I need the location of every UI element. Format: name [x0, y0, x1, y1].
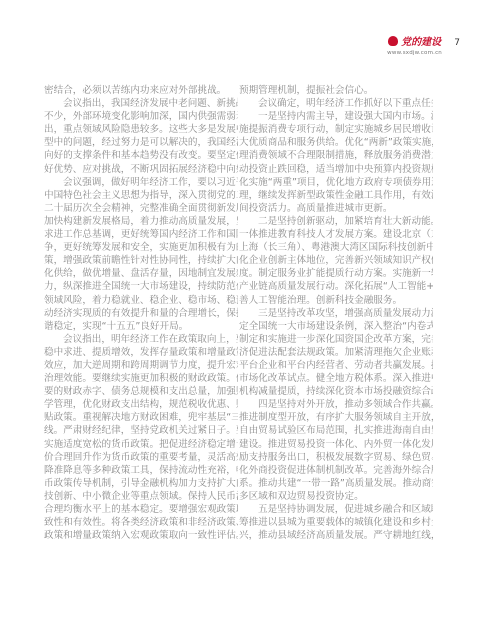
text-line: 兴，推动县域经济高质量发展。严守耕地红线，毫不	[239, 529, 433, 542]
text-line: 建设。推进贸易投资一体化、内外贸一体化发展。鼓	[239, 438, 433, 451]
text-line: 领域风险，着力稳就业、稳企业、稳市场、稳预期，推	[44, 294, 238, 307]
text-line: 动经济实现质的有效提升和量的合理增长，保持社会和	[44, 307, 238, 320]
right-text-column: 预期管理机制，提振社会信心。会议确定，明年经济工作抓好以下重点任务。一是坚持内需…	[239, 84, 433, 542]
text-line: 机构减量提质，持续深化资本市场投融资综合改革。	[239, 385, 433, 398]
text-line: 间投资活力。高质量推进城市更新。	[239, 202, 433, 215]
text-line: 系。推动共建“一带一路”高质量发展。推动商签更	[239, 477, 433, 490]
text-line: 不少，外部环境变化影响加深，国内供强需弱矛盾突	[44, 110, 238, 123]
logo-url: www.sxdjw.com.cn	[387, 50, 442, 56]
text-line: 向好的支撑条件和基本趋势没有改变。要坚定信心、用	[44, 149, 238, 162]
text-line: 要的财政赤字、债务总规模和支出总量，加强财政科	[44, 385, 238, 398]
text-line: 三是坚持改革攻坚，增强高质量发展动力活力。制	[239, 307, 433, 320]
text-line: 效应，加大逆周期和跨周期调节力度，提升宏观经济	[44, 359, 238, 372]
text-line: 动投资止跌回稳，适当增加中央预算内投资规模，优	[239, 163, 433, 176]
text-line: 多区域和双边贸易投资协定。	[239, 490, 433, 503]
text-line: 制定和实施进一步深化国资国企改革方案，完善民营经	[239, 333, 433, 346]
text-line: 一体推进教育科技人才发展方案。建设北京（京津冀）、	[239, 228, 433, 241]
text-line: 治理效能。要继续实施更加积极的财政政策。保持必	[44, 372, 238, 385]
text-line: 线。严肃财经纪律，坚持党政机关过紧日子。要继续	[44, 424, 238, 437]
text-line: 币政策传导机制，引导金融机构加力支持扩大内需、科	[44, 477, 238, 490]
text-line: 五是坚持协调发展，促进城乡融合和区域联动。统	[239, 503, 433, 516]
text-line: 定全国统一大市场建设条例，深入整治“内卷式”竞争。	[239, 320, 433, 333]
text-line: 争，更好统筹发展和安全，实施更加积极有为的宏观政	[44, 241, 238, 254]
text-line: 求进工作总基调，更好统筹国内经济工作和国际经贸斗	[44, 228, 238, 241]
text-line: 型中的问题，经过努力是可以解决的，我国经济长期	[44, 136, 238, 149]
text-line: 会议强调，做好明年经济工作，要以习近平新时代	[44, 176, 238, 189]
text-line: 技创新、中小微企业等重点领域。保持人民币汇率在	[44, 490, 238, 503]
text-line: 加快构建新发展格局，着力推动高质量发展，坚持稳中	[44, 215, 238, 228]
text-line: 会议确定，明年经济工作抓好以下重点任务。	[239, 97, 433, 110]
text-line: 理，继续发挥新型政策性金融工具作用，有效激发民	[239, 189, 433, 202]
text-line: 产业链高质量发展行动。深化拓展“人工智能+”，完	[239, 280, 433, 293]
text-line: 一是坚持内需主导，建设强大国内市场。深入实	[239, 110, 433, 123]
text-line: 化供给，做优增量、盘活存量，因地制宜发展新质生产	[44, 267, 238, 280]
text-line: 实施适度宽松的货币政策。把促进经济稳定增长、物	[44, 438, 238, 451]
text-line: 四是坚持对外开放，推动多领域合作共赢。稳步	[239, 398, 433, 411]
text-line: 大优质商品和服务供给。优化“两新”政策实施，清	[239, 136, 433, 149]
text-line: 中国特色社会主义思想为指导，深入贯彻党的二十大和	[44, 189, 238, 202]
text-line: 价合理回升作为货币政策的重要考量，灵活高效运用	[44, 451, 238, 464]
text-line: 上海（长三角）、粤港澳大湾区国际科技创新中心。强	[239, 241, 433, 254]
logo-title: 党的建设	[401, 37, 441, 48]
text-line: 降准降息等多种政策工具，保持流动性充裕，畅通货	[44, 464, 238, 477]
left-text-column: 密结合，必须以苦练内功来应对外部挑战。会议指出，我国经济发展中老问题、新挑战仍然…	[44, 84, 238, 542]
text-line: 学管理，优化财政支出结构，规范税收优惠、财政补	[44, 398, 238, 411]
text-line: 二是坚持创新驱动，加紧培育壮大新动能。制定	[239, 215, 433, 228]
text-line: 会议指出，明年经济工作在政策取向上，要坚持	[44, 333, 238, 346]
text-line: 推进制度型开放，有序扩大服务领域自主开放，优化	[239, 411, 433, 424]
text-line: 化实施“两重”项目，优化地方政府专项债券用途管	[239, 176, 433, 189]
text-line: 策，增强政策前瞻性针对性协同性，持续扩大内需、优	[44, 254, 238, 267]
text-line: 施提振消费专项行动，制定实施城乡居民增收计划。扩	[239, 123, 433, 136]
text-line: 合理均衡水平上的基本稳定。要增强宏观政策取向一	[44, 503, 238, 516]
text-line: 化外商投资促进体制机制改革。完善海外综合服务体	[239, 464, 433, 477]
text-line: 政策和增量政策纳入宏观政策取向一致性评估。健全	[44, 529, 238, 542]
magazine-logo: 党的建设 www.sxdjw.com.cn	[387, 30, 442, 56]
text-line: 贴政策。重视解决地方财政困难，兜牢基层“三保”底	[44, 411, 238, 424]
text-line: 济促进法配套法规政策。加紧清理拖欠企业账款。推动	[239, 346, 433, 359]
text-line: 市场化改革试点。健全地方税体系。深入推进中小金融	[239, 372, 433, 385]
text-line: 预期管理机制，提振社会信心。	[239, 84, 433, 97]
text-line: 筹推进以县城为重要载体的城镇化建设和乡村全面振	[239, 516, 433, 529]
text-line: 致性和有效性。将各类经济政策和非经济政策、存量	[44, 516, 238, 529]
text-line: 理消费领域不合理限制措施，释放服务消费潜力。推	[239, 149, 433, 162]
text-line: 力，纵深推进全国统一大市场建设，持续防范化解重点	[44, 280, 238, 293]
text-line: 化企业创新主体地位，完善新兴领域知识产权保护制	[239, 254, 433, 267]
text-line: 励支持服务出口，积极发展数字贸易、绿色贸易。深	[239, 451, 433, 464]
text-line: 自由贸易试验区布局范围，扎实推进海南自由贸易港	[239, 424, 433, 437]
text-line: 会议指出，我国经济发展中老问题、新挑战仍然	[44, 97, 238, 110]
text-line: 密结合，必须以苦练内功来应对外部挑战。	[44, 84, 238, 97]
text-line: 出，重点领域风险隐患较多。这些大多是发展中、转	[44, 123, 238, 136]
text-line: 谐稳定，实现“十五五”良好开局。	[44, 320, 238, 333]
party-emblem-icon	[388, 36, 398, 46]
page-header: 党的建设 www.sxdjw.com.cn 7	[344, 30, 464, 52]
text-line: 稳中求进、提质增效，发挥存量政策和增量政策集成	[44, 346, 238, 359]
text-line: 平台企业和平台内经营者、劳动者共赢发展。拓展要素	[239, 359, 433, 372]
text-line: 善人工智能治理。创新科技金融服务。	[239, 294, 433, 307]
page-number: 7	[454, 38, 460, 48]
text-line: 好优势、应对挑战，不断巩固拓展经济稳中向好势头。	[44, 163, 238, 176]
text-line: 度。制定服务业扩能提质行动方案。实施新一轮重点	[239, 267, 433, 280]
text-line: 二十届历次全会精神，完整准确全面贯彻新发展理念，	[44, 202, 238, 215]
